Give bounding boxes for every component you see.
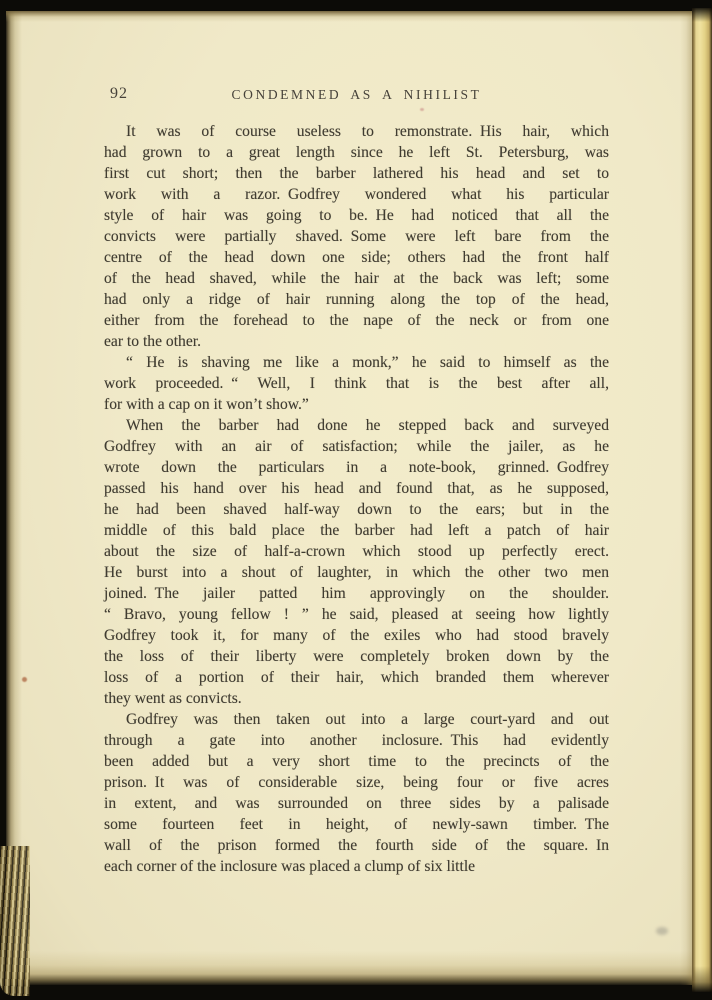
text-line: each corner of the inclosure was placed … [104,856,609,877]
text-line: he had been shaved half-way down to the … [104,499,609,520]
text-line: “ He is shaving me like a monk,” he said… [104,352,609,373]
text-line: for with a cap on it won’t show.” [104,394,609,415]
paper-speck [420,108,424,111]
paragraph: Godfrey was then taken out into a large … [104,709,609,877]
paragraph: “ He is shaving me like a monk,” he said… [104,352,609,415]
running-header: CONDEMNED AS A NIHILIST [104,85,609,103]
text-line: been added but a very short time to the … [104,751,609,772]
text-line: wrote down the particulars in a note-boo… [104,457,609,478]
text-line: Godfrey took it, for many of the exiles … [104,625,609,646]
text-line: some fourteen feet in height, of newly-s… [104,814,609,835]
paragraph: When the barber had done he stepped back… [104,415,609,709]
text-line: the loss of their liberty were completel… [104,646,609,667]
text-line: work proceeded. “ Well, I think that is … [104,373,609,394]
text-line: joined. The jailer patted him approvingl… [104,583,609,604]
text-line: of the head shaved, while the hair at th… [104,268,609,289]
page-stack-corner [0,846,30,996]
text-line: first cut short; then the barber lathere… [104,163,609,184]
text-line: ear to the other. [104,331,609,352]
text-line: had grown to a great length since he lef… [104,142,609,163]
text-line: in extent, and was surrounded on three s… [104,793,609,814]
page-header: 92 CONDEMNED AS A NIHILIST [104,85,609,107]
paper-speck [22,677,27,682]
text-line: through a gate into another inclosure. T… [104,730,609,751]
text-line: It was of course useless to remonstrate.… [104,121,609,142]
text-line: centre of the head down one side; others… [104,247,609,268]
text-line: about the size of half-a-crown which sto… [104,541,609,562]
text-line: Godfrey with an air of satisfaction; whi… [104,436,609,457]
text-line: Godfrey was then taken out into a large … [104,709,609,730]
text-line: style of hair was going to be. He had no… [104,205,609,226]
text-line: He burst into a shout of laughter, in wh… [104,562,609,583]
text-line: “ Bravo, young fellow ! ” he said, pleas… [104,604,609,625]
text-line: middle of this bald place the barber had… [104,520,609,541]
text-line: either from the forehead to the nape of … [104,310,609,331]
text-line: work with a razor. Godfrey wondered what… [104,184,609,205]
book-scan: 92 CONDEMNED AS A NIHILIST It was of cou… [0,0,712,1000]
book-fore-edge [692,8,712,992]
text-line: passed his hand over his head and found … [104,478,609,499]
text-block: It was of course useless to remonstrate.… [104,121,609,877]
text-line: wall of the prison formed the fourth sid… [104,835,609,856]
text-line: convicts were partially shaved. Some wer… [104,226,609,247]
text-line: prison. It was of considerable size, bei… [104,772,609,793]
paper-smudge [656,927,668,935]
text-line: When the barber had done he stepped back… [104,415,609,436]
paragraph: It was of course useless to remonstrate.… [104,121,609,352]
text-line: had only a ridge of hair running along t… [104,289,609,310]
text-line: they went as convicts. [104,688,609,709]
page-number: 92 [110,85,128,103]
text-line: loss of a portion of their hair, which b… [104,667,609,688]
book-page: 92 CONDEMNED AS A NIHILIST It was of cou… [6,11,692,985]
